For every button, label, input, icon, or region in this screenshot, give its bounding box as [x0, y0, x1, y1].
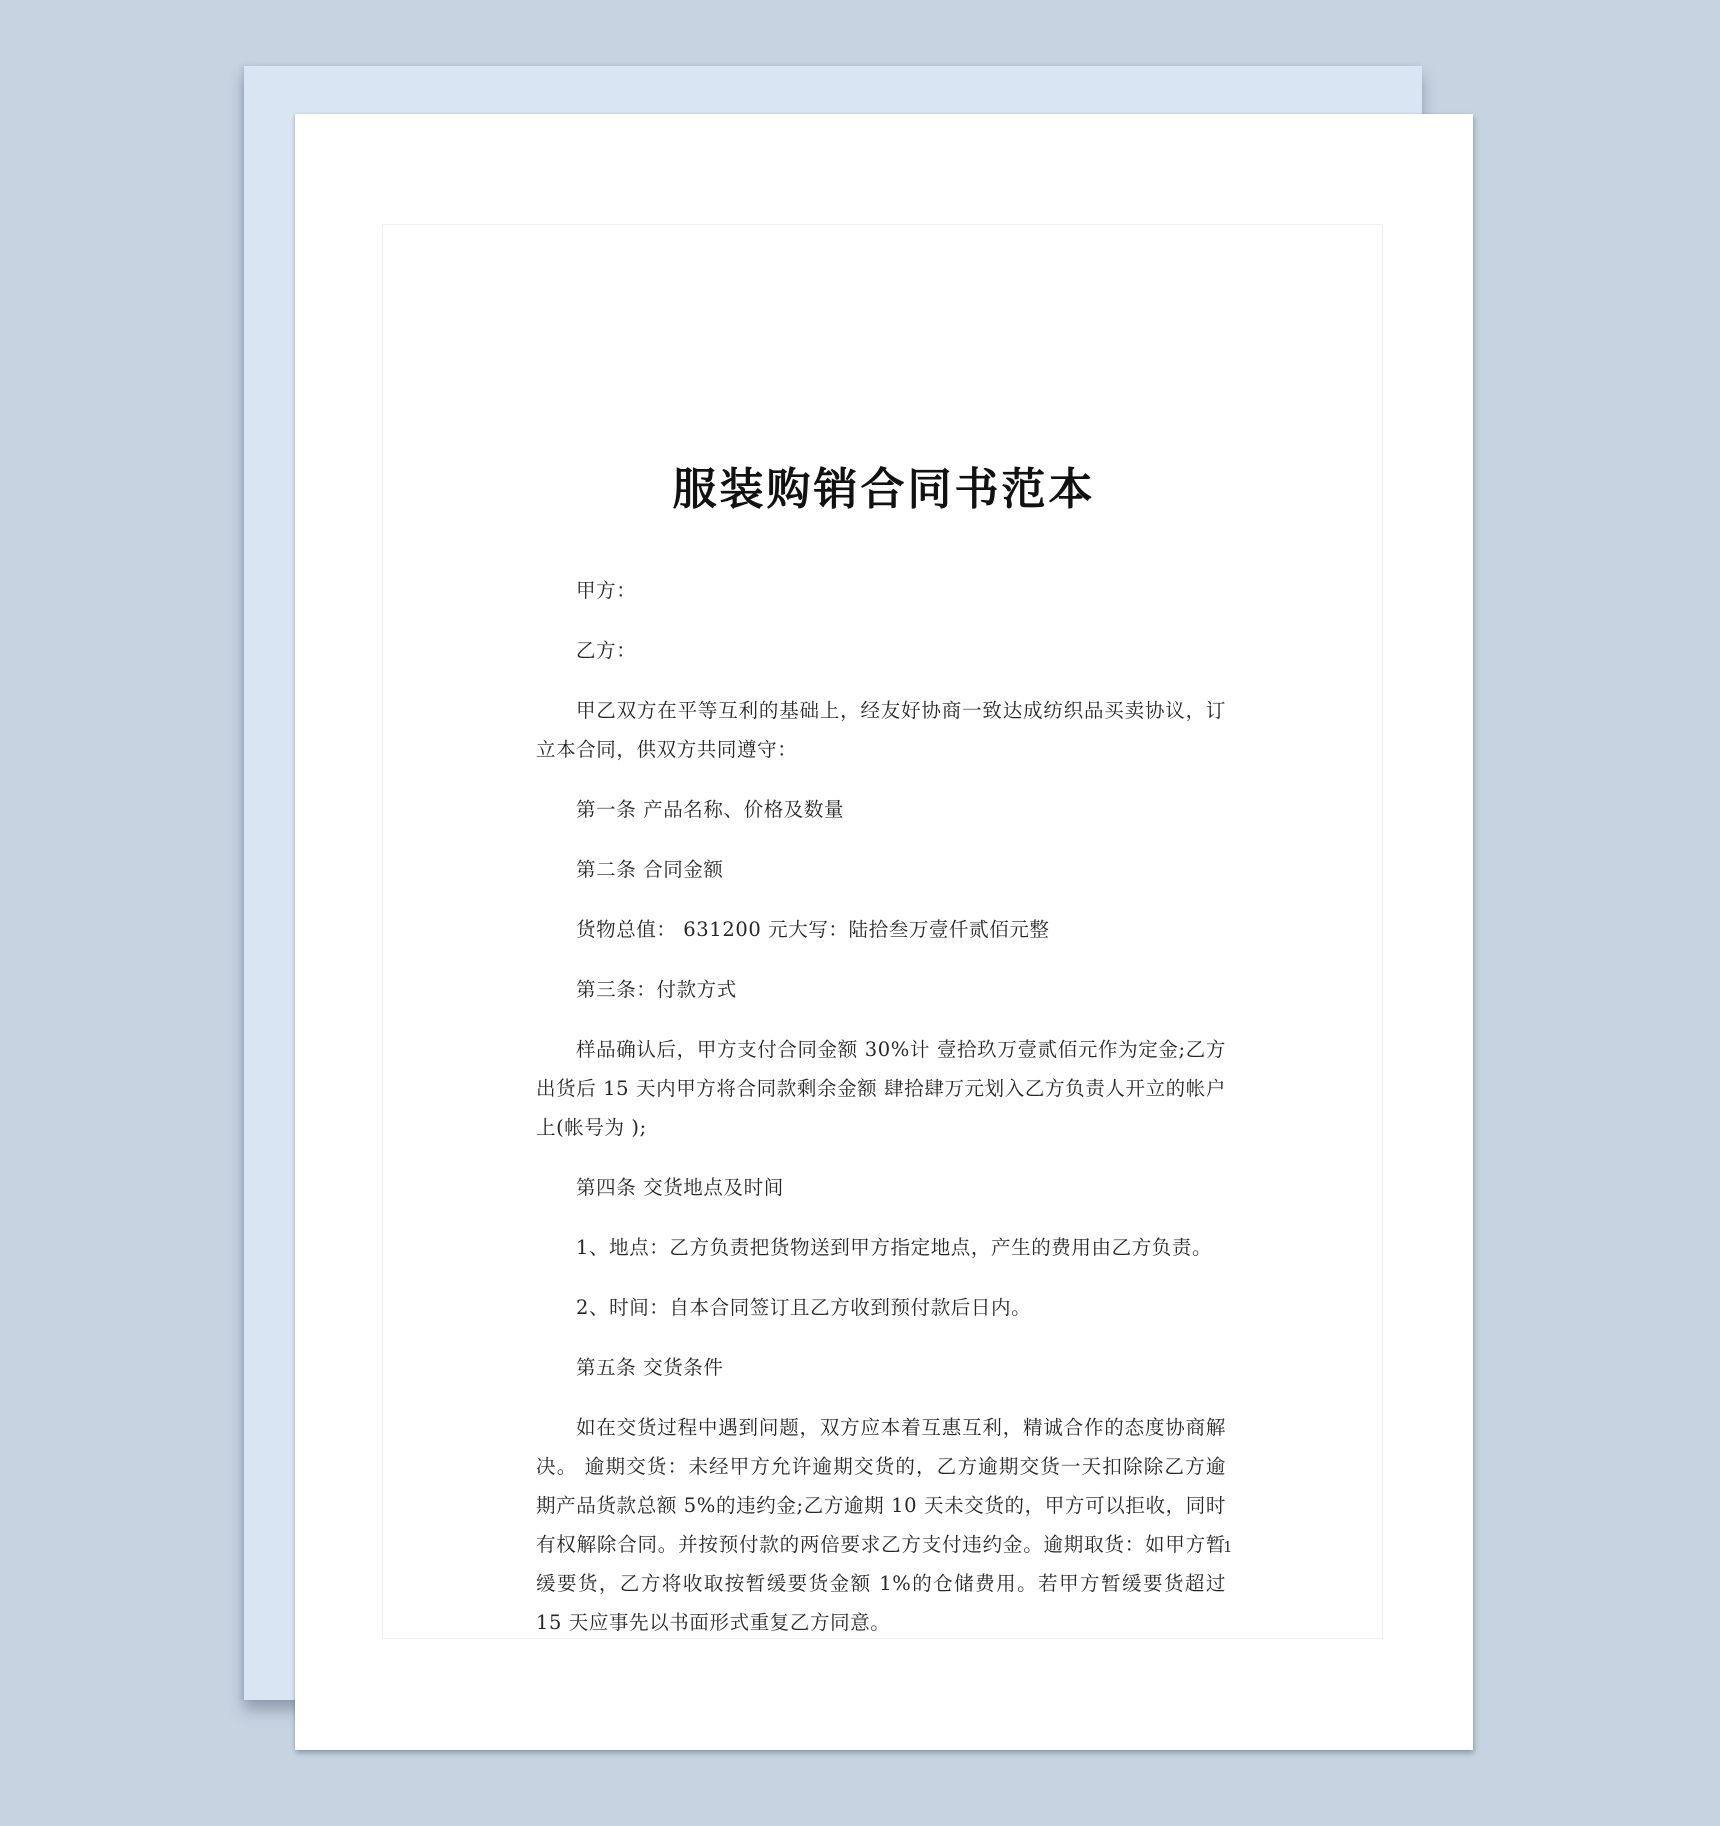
document-title: 服装购销合同书范本	[295, 464, 1473, 516]
article-1-heading: 第一条 产品名称、价格及数量	[536, 790, 1226, 829]
article-5-heading: 第五条 交货条件	[536, 1348, 1226, 1387]
article-4-heading: 第四条 交货地点及时间	[536, 1168, 1226, 1207]
payment-paragraph: 样品确认后，甲方支付合同金额 30%计 壹拾玖万壹贰佰元作为定金;乙方出货后 1…	[536, 1030, 1226, 1147]
document-body: 甲方： 乙方： 甲乙双方在平等互利的基础上，经友好协商一致达成纺织品买卖协议，订…	[536, 571, 1226, 1663]
total-value-line: 货物总值： 631200 元大写：陆拾叁万壹仟贰佰元整	[536, 910, 1226, 949]
front-page-sheet: 服装购销合同书范本 甲方： 乙方： 甲乙双方在平等互利的基础上，经友好协商一致达…	[295, 114, 1473, 1750]
party-a-line: 甲方：	[536, 571, 1226, 610]
preamble-paragraph: 甲乙双方在平等互利的基础上，经友好协商一致达成纺织品买卖协议，订立本合同，供双方…	[536, 691, 1226, 769]
article-2-heading: 第二条 合同金额	[536, 850, 1226, 889]
delivery-time-line: 2、时间：自本合同签订且乙方收到预付款后日内。	[536, 1288, 1226, 1327]
page-number: 1	[1223, 1538, 1233, 1556]
party-b-line: 乙方：	[536, 631, 1226, 670]
delivery-location-line: 1、地点：乙方负责把货物送到甲方指定地点，产生的费用由乙方负责。	[536, 1228, 1226, 1267]
article-3-heading: 第三条：付款方式	[536, 970, 1226, 1009]
delivery-terms-paragraph: 如在交货过程中遇到问题，双方应本着互惠互利，精诚合作的态度协商解决。 逾期交货：…	[536, 1408, 1226, 1642]
